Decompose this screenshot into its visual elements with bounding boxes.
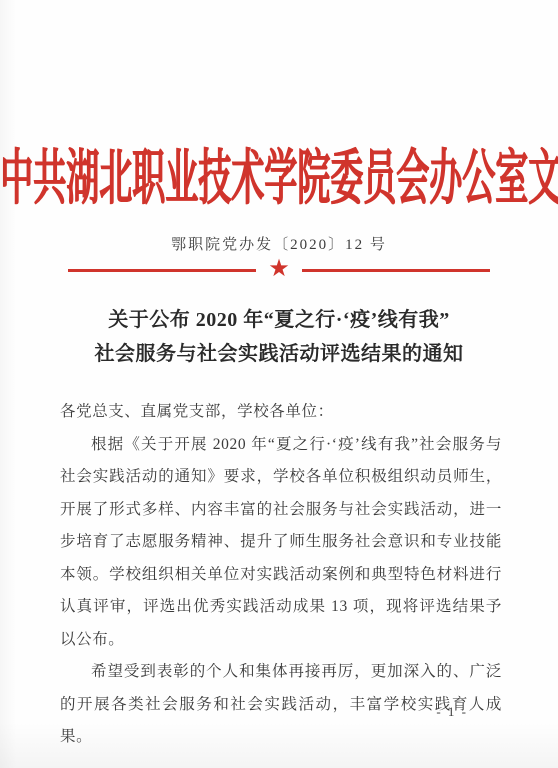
body-paragraph-1: 根据《关于开展 2020 年“夏之行·‘疫’线有我”社会服务与社会实践活动的通知… [60,429,502,657]
notice-title-line1: 关于公布 2020 年“夏之行·‘疫’线有我” [0,303,558,337]
notice-title: 关于公布 2020 年“夏之行·‘疫’线有我” 社会服务与社会实践活动评选结果的… [0,303,558,371]
star-icon: ★ [268,257,290,281]
document-number: 鄂职院党办发〔2020〕12 号 [0,233,558,254]
scanned-document-page: 中共湖北职业技术学院委员会办公室文件 鄂职院党办发〔2020〕12 号 ★ 关于… [0,0,558,768]
red-separator-rule: ★ [68,258,490,282]
rule-line-left [68,269,256,272]
page-number: - 1 - [436,704,468,720]
notice-body: 各党总支、直属党支部，学校各单位： 根据《关于开展 2020 年“夏之行·‘疫’… [60,396,502,754]
rule-line-right [302,269,490,272]
salutation-line: 各党总支、直属党支部，学校各单位： [60,396,502,429]
agency-masthead-title: 中共湖北职业技术学院委员会办公室文件 [0,131,558,217]
notice-title-line2: 社会服务与社会实践活动评选结果的通知 [0,337,558,371]
